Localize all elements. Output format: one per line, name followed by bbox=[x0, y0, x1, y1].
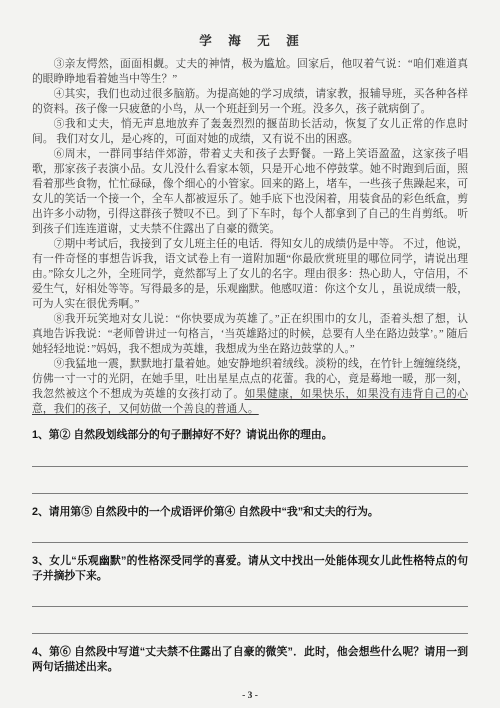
passage-paragraph: ⑧我开玩笑地对女儿说：“你快要成为英雄了。”正在织围巾的女儿，歪着头想了想，认真… bbox=[32, 312, 468, 357]
passage-paragraph: ⑤我和丈夫，悄无声息地放弃了轰轰烈烈的揠苗助长活动，恢复了女儿正常的作息时间。 … bbox=[32, 117, 468, 147]
question-text: 1、第② 自然段划线部分的句子删掉好不好？请说出你的理由。 bbox=[32, 428, 468, 443]
answer-line bbox=[32, 583, 468, 607]
passage-paragraph: ⑥周末，一群同事结伴郊游，带着丈夫和孩子去野餐。一路上笑语盈盈，这家孩子唱歌，那… bbox=[32, 147, 468, 237]
passage-paragraph: ⑦期中考试后，我接到了女儿班主任的电话．得知女儿的成绩仍是中等。 不过，他说，有… bbox=[32, 237, 468, 312]
passage-text-segment: ③亲友愕然，面面相觑。丈夫的神情，极为尴尬。回家后，他叹着气说：“咱们难道真的眼… bbox=[32, 58, 468, 85]
page-number: - 3 - bbox=[32, 691, 468, 701]
passage-text-segment: ⑦期中考试后，我接到了女儿班主任的电话．得知女儿的成绩仍是中等。 不过，他说，有… bbox=[32, 238, 468, 310]
answer-line bbox=[32, 607, 468, 634]
answer-line bbox=[32, 443, 468, 467]
question-text: 4、第⑥ 自然段中写道“丈夫禁不住露出了自豪的微笑”．此时，他会想些什么呢？请用… bbox=[32, 645, 468, 674]
passage-paragraph: ⑨我猛地一震，默默地打量着她。她安静地织着绒线。淡粉的线，在竹针上缠缠绕绕，仿佛… bbox=[32, 357, 468, 417]
question-text: 2、请用第⑤ 自然段中的一个成语评价第④ 自然段中“我”和丈夫的行为。 bbox=[32, 505, 468, 520]
worksheet-page: 学 海 无 涯 ③亲友愕然，面面相觑。丈夫的神情，极为尴尬。回家后，他叹着气说：… bbox=[0, 0, 500, 708]
answer-line bbox=[32, 519, 468, 543]
passage-text-segment: ⑤我和丈夫，悄无声息地放弃了轰轰烈烈的揠苗助长活动，恢复了女儿正常的作息时间。 … bbox=[32, 118, 468, 145]
passage-text-segment: ⑧我开玩笑地对女儿说：“你快要成为英雄了。”正在织围巾的女儿，歪着头想了想，认真… bbox=[32, 313, 468, 355]
passage-paragraph: ③亲友愕然，面面相觑。丈夫的神情，极为尴尬。回家后，他叹着气说：“咱们难道真的眼… bbox=[32, 57, 468, 87]
page-header: 学 海 无 涯 bbox=[32, 31, 468, 49]
questions-section: 1、第② 自然段划线部分的句子删掉好不好？请说出你的理由。2、请用第⑤ 自然段中… bbox=[32, 428, 468, 674]
question-text: 3、女儿“乐观幽默”的性格深受同学的喜爱。请从文中找出一处能体现女儿此性格特点的… bbox=[32, 554, 468, 583]
passage-text-segment: ⑥周末，一群同事结伴郊游，带着丈夫和孩子去野餐。一路上笑语盈盈，这家孩子唱歌，那… bbox=[32, 148, 468, 235]
passage-paragraph: ④其实，我们也动过很多脑筋。为提高她的学习成绩，请家教，报辅导班，买各种各样的资… bbox=[32, 87, 468, 117]
passage: ③亲友愕然，面面相觑。丈夫的神情，极为尴尬。回家后，他叹着气说：“咱们难道真的眼… bbox=[32, 57, 468, 417]
answer-line bbox=[32, 467, 468, 494]
passage-text-segment: ④其实，我们也动过很多脑筋。为提高她的学习成绩，请家教，报辅导班，买各种各样的资… bbox=[32, 88, 468, 115]
